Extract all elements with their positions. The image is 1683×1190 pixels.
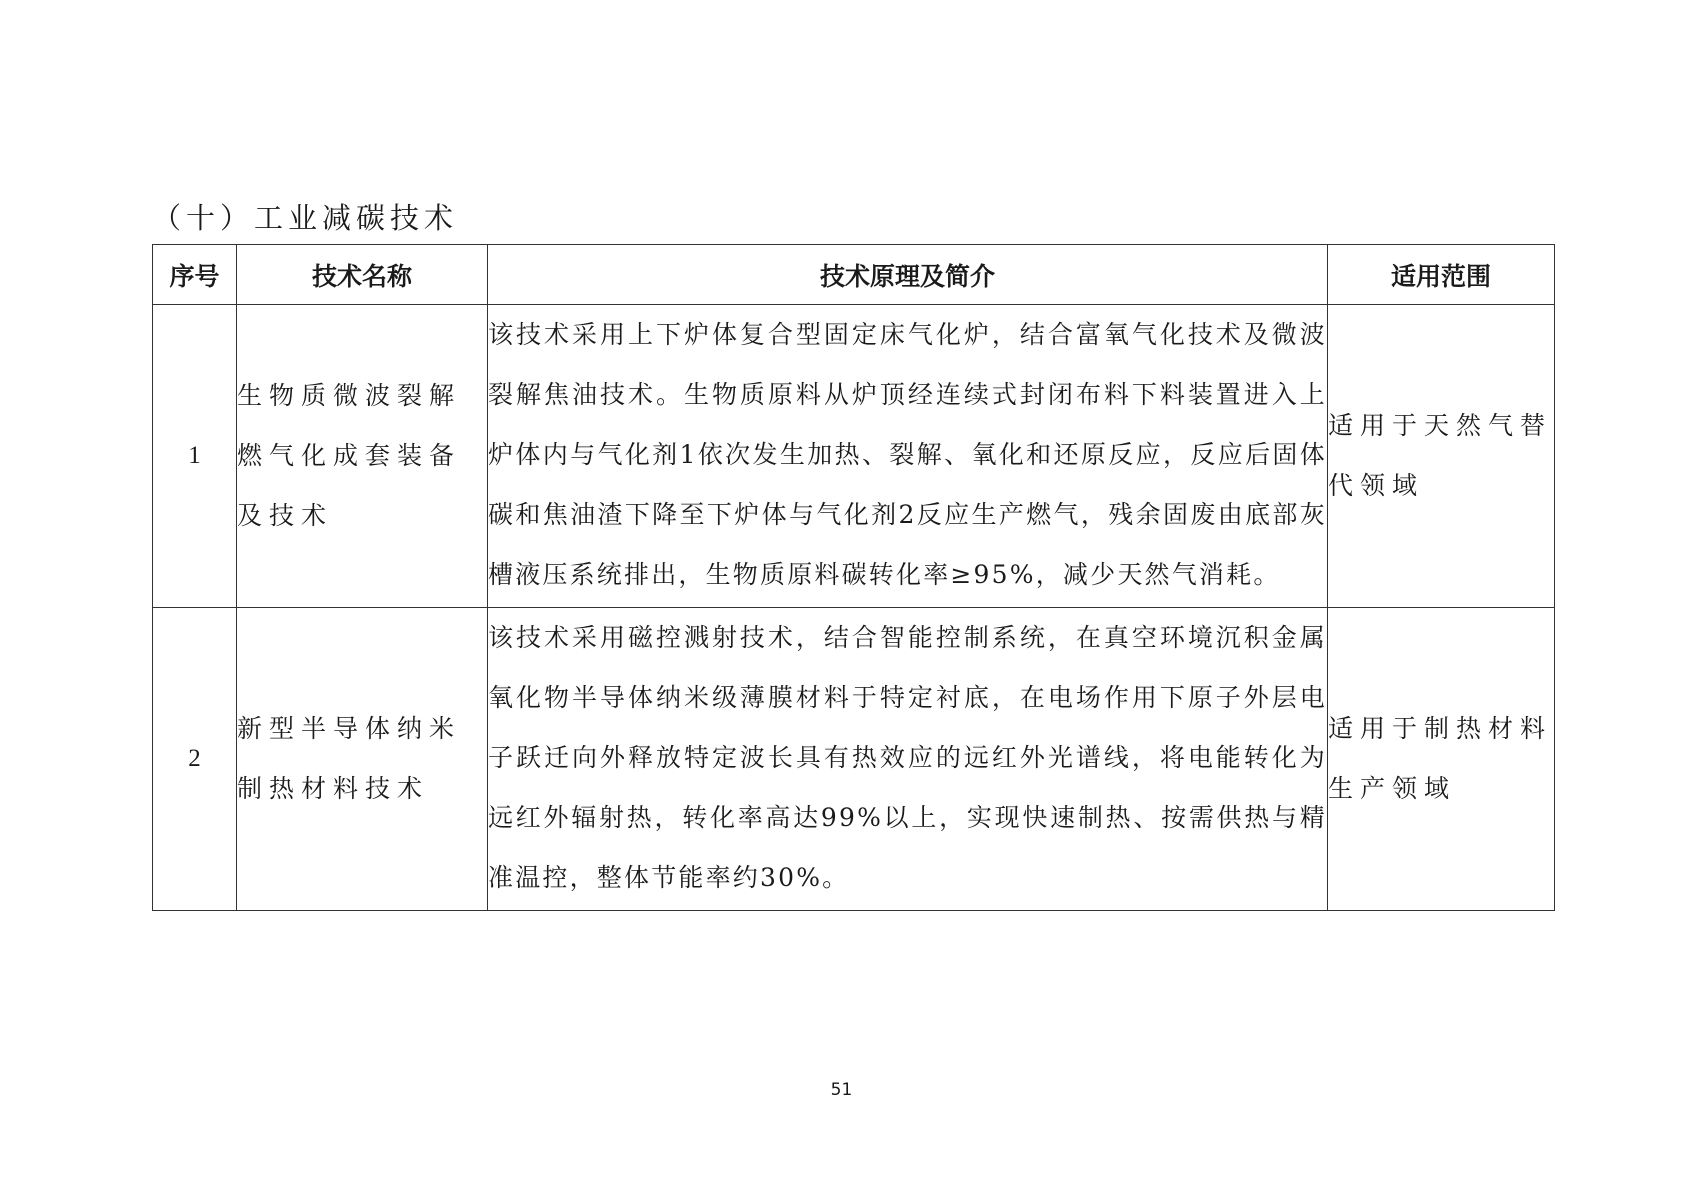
header-index: 序号 <box>153 245 237 305</box>
table-row: 1 生物质微波裂解燃气化成套装备及技术 该技术采用上下炉体复合型固定床气化炉，结… <box>153 305 1555 608</box>
tech-name: 生物质微波裂解燃气化成套装备及技术 <box>237 305 488 608</box>
header-scope: 适用范围 <box>1328 245 1555 305</box>
row-index: 2 <box>153 608 237 911</box>
page-number: 51 <box>0 1080 1683 1100</box>
tech-scope: 适用于制热材料生产领域 <box>1328 608 1555 911</box>
row-index: 1 <box>153 305 237 608</box>
tech-description: 该技术采用磁控溅射技术，结合智能控制系统，在真空环境沉积金属氧化物半导体纳米级薄… <box>488 608 1328 911</box>
tech-description: 该技术采用上下炉体复合型固定床气化炉，结合富氧气化技术及微波裂解焦油技术。生物质… <box>488 305 1328 608</box>
section-title: （十）工业减碳技术 <box>152 196 458 237</box>
header-principle: 技术原理及简介 <box>488 245 1328 305</box>
table-header-row: 序号 技术名称 技术原理及简介 适用范围 <box>153 245 1555 305</box>
table-row: 2 新型半导体纳米制热材料技术 该技术采用磁控溅射技术，结合智能控制系统，在真空… <box>153 608 1555 911</box>
header-tech-name: 技术名称 <box>237 245 488 305</box>
technology-table: 序号 技术名称 技术原理及简介 适用范围 1 生物质微波裂解燃气化成套装备及技术… <box>152 244 1555 911</box>
tech-scope: 适用于天然气替代领域 <box>1328 305 1555 608</box>
tech-name: 新型半导体纳米制热材料技术 <box>237 608 488 911</box>
